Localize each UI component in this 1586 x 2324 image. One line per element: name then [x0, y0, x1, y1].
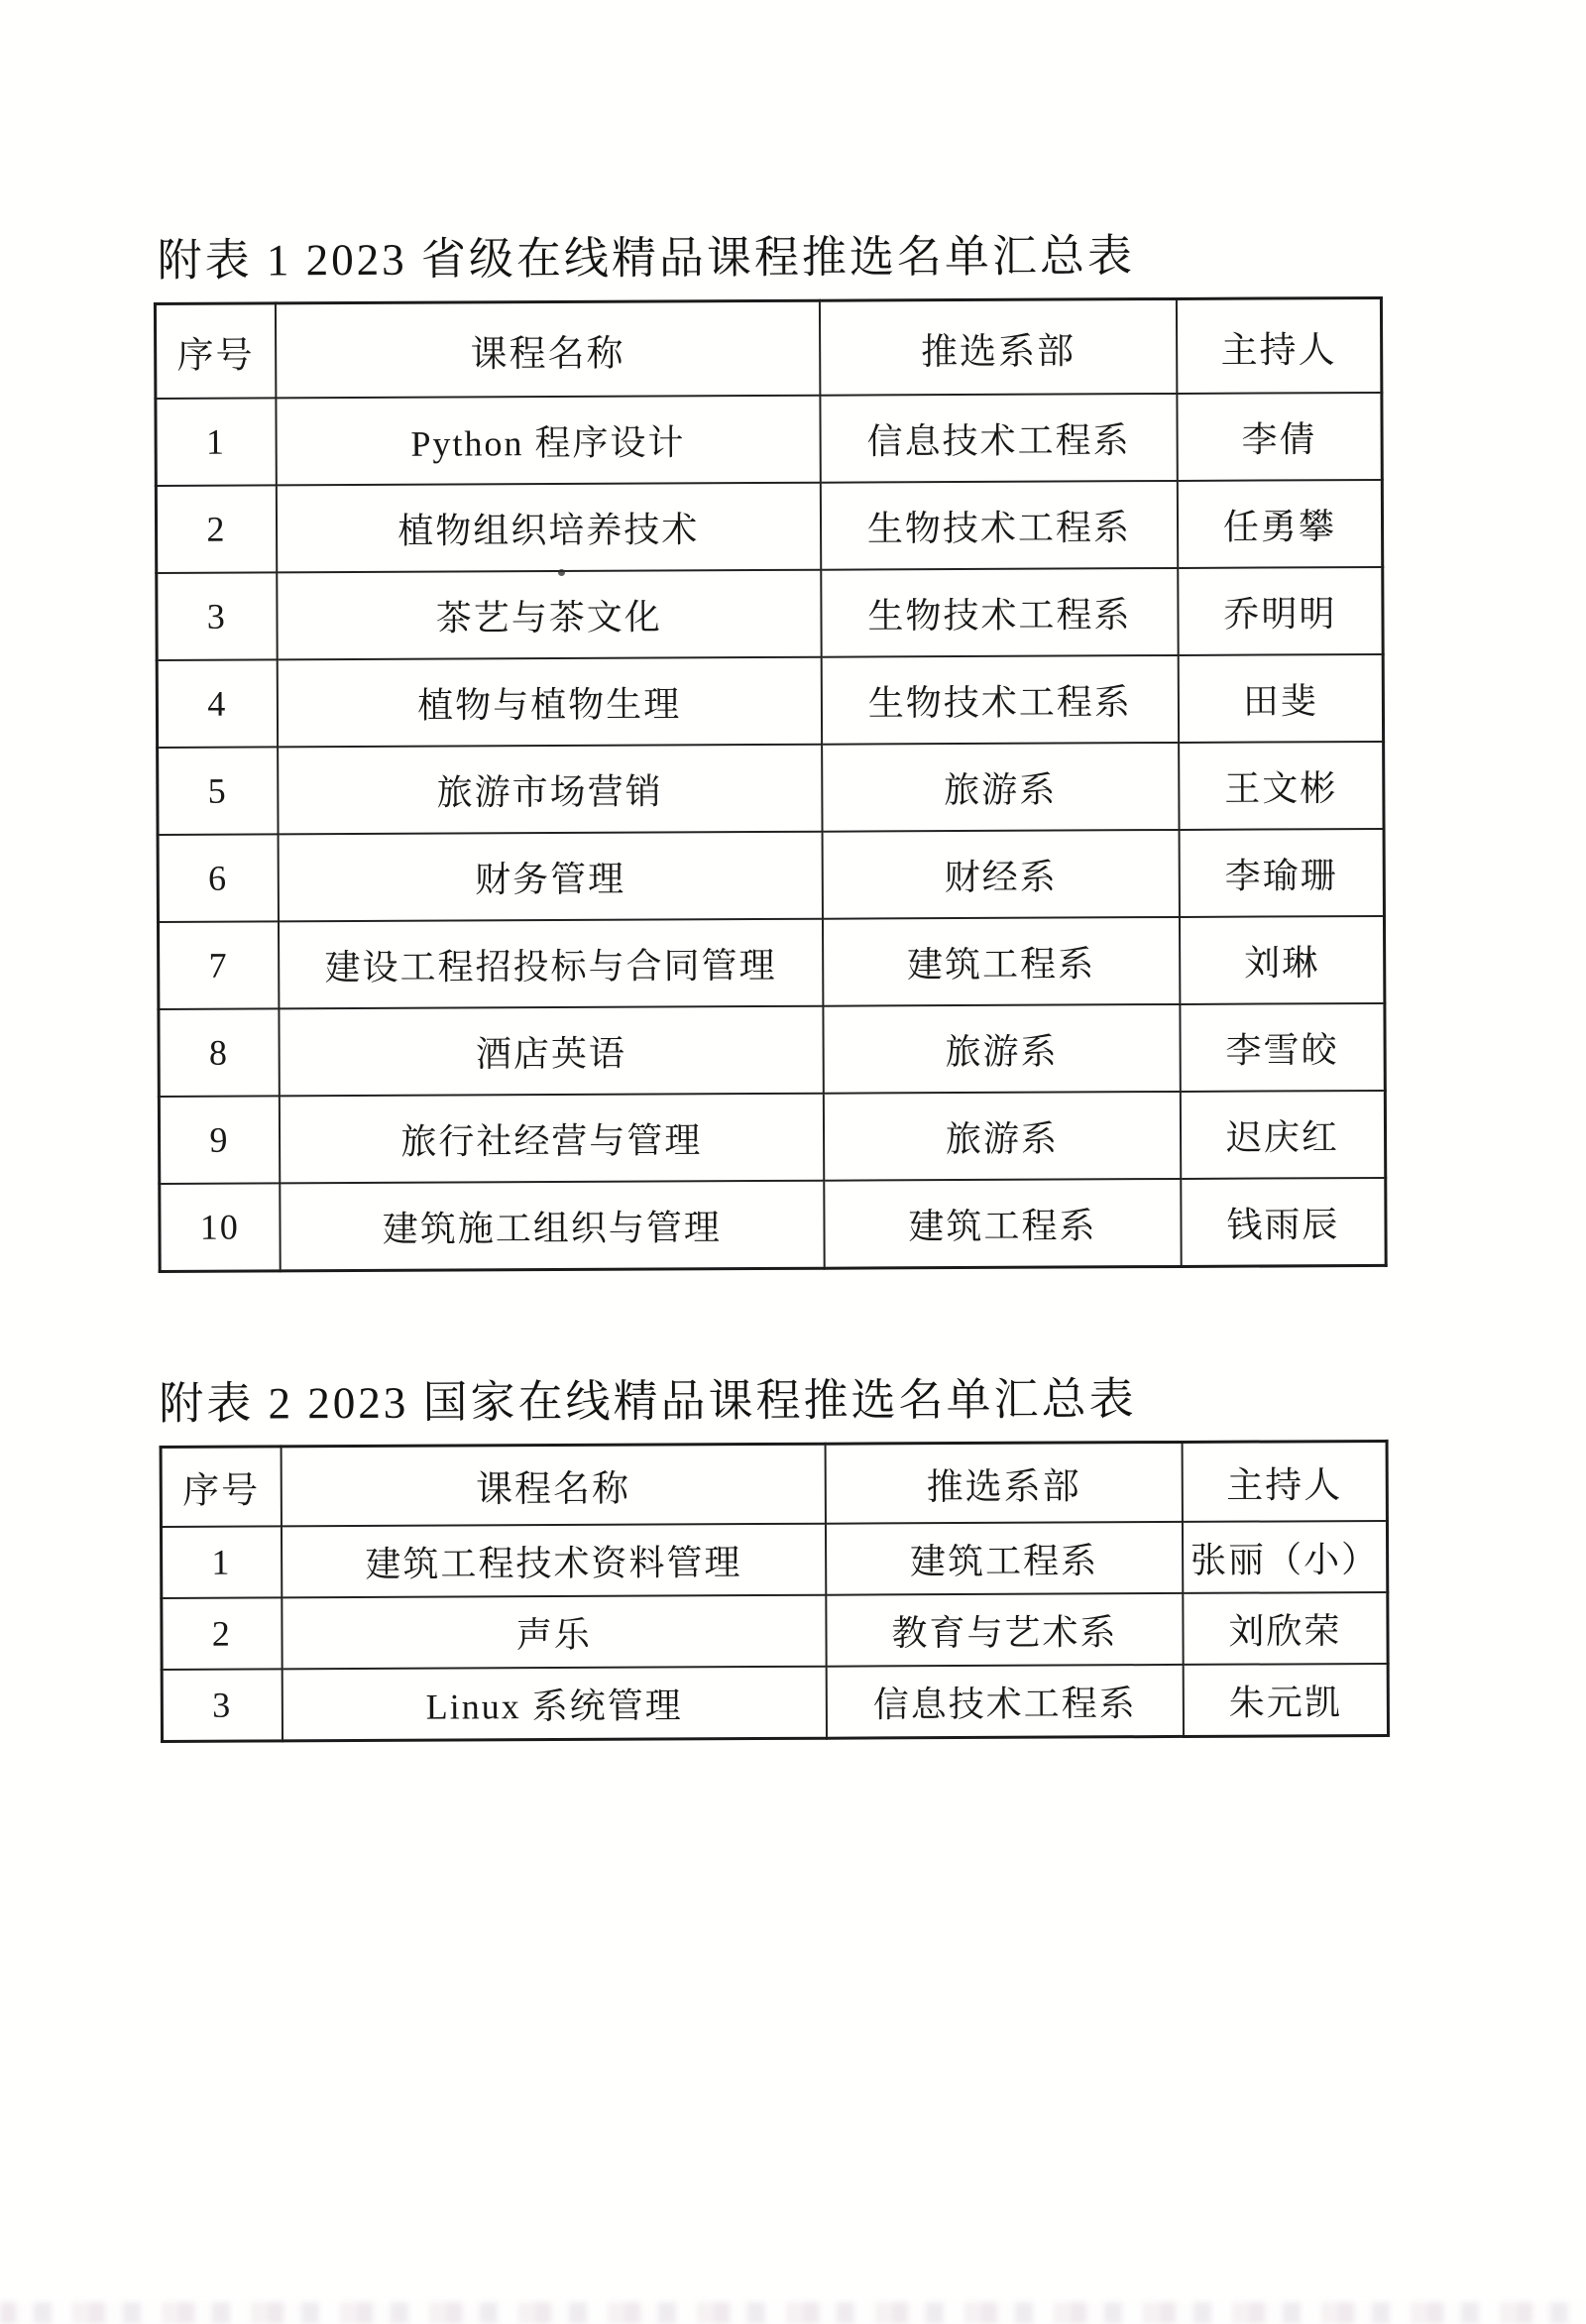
table1-title: 附表 1 2023 省级在线精品课程推选名单汇总表 — [158, 227, 1383, 289]
table-row: 5旅游市场营销旅游系王文彬 — [158, 742, 1384, 835]
course-name-cell: 建筑工程技术资料管理 — [282, 1524, 827, 1598]
serial-cell: 3 — [162, 1669, 283, 1741]
host-cell: 王文彬 — [1179, 742, 1384, 830]
department-cell: 建筑工程系 — [823, 917, 1180, 1006]
serial-cell: 7 — [158, 921, 279, 1009]
host-cell: 刘欣荣 — [1183, 1592, 1388, 1665]
column-header: 序号 — [155, 303, 276, 399]
host-cell: 张丽（小） — [1183, 1521, 1388, 1593]
department-cell: 信息技术工程系 — [827, 1665, 1184, 1738]
table-row: 8酒店英语旅游系李雪皎 — [159, 1003, 1385, 1097]
serial-cell: 2 — [156, 485, 277, 573]
table-row: 1建筑工程技术资料管理建筑工程系张丽（小） — [161, 1521, 1387, 1598]
column-header: 推选系部 — [820, 298, 1177, 395]
host-cell: 朱元凯 — [1184, 1664, 1389, 1737]
table-row: 10建筑施工组织与管理建筑工程系钱雨辰 — [160, 1178, 1386, 1272]
department-cell: 生物技术工程系 — [822, 655, 1179, 745]
host-cell: 李倩 — [1177, 393, 1382, 481]
serial-cell: 1 — [161, 1526, 282, 1598]
serial-cell: 8 — [159, 1008, 280, 1097]
course-name-cell: 茶艺与茶文化 — [277, 570, 822, 660]
department-cell: 旅游系 — [823, 1004, 1180, 1094]
table-row: 4植物与植物生理生物技术工程系田斐 — [157, 654, 1383, 748]
department-cell: 生物技术工程系 — [821, 481, 1178, 570]
scanned-page: 附表 1 2023 省级在线精品课程推选名单汇总表 序号课程名称推选系部主持人 … — [0, 0, 1586, 2324]
table-row: 2声乐教育与艺术系刘欣荣 — [162, 1592, 1388, 1670]
serial-cell: 2 — [162, 1597, 283, 1670]
table-row: 3Linux 系统管理信息技术工程系朱元凯 — [162, 1664, 1388, 1742]
scan-edge-noise — [0, 2302, 1586, 2324]
host-cell: 乔明明 — [1178, 567, 1383, 655]
host-cell: 李雪皎 — [1180, 1003, 1385, 1092]
course-name-cell: Linux 系统管理 — [282, 1667, 827, 1741]
host-cell: 刘琳 — [1180, 916, 1385, 1004]
table-row: 6财务管理财经系李瑜珊 — [158, 829, 1384, 922]
department-cell: 旅游系 — [822, 743, 1179, 832]
table-row: 2植物组织培养技术生物技术工程系任勇攀 — [156, 480, 1382, 573]
host-cell: 迟庆红 — [1181, 1091, 1386, 1179]
serial-cell: 10 — [160, 1183, 281, 1271]
department-cell: 旅游系 — [824, 1092, 1181, 1181]
course-name-cell: Python 程序设计 — [276, 396, 821, 486]
course-name-cell: 建设工程招投标与合同管理 — [279, 919, 824, 1009]
column-header: 序号 — [161, 1447, 282, 1527]
course-name-cell: 植物组织培养技术 — [277, 483, 822, 573]
serial-cell: 3 — [157, 572, 278, 660]
column-header: 主持人 — [1182, 1441, 1387, 1522]
serial-cell: 9 — [159, 1096, 280, 1184]
provincial-courses-table: 序号课程名称推选系部主持人 1Python 程序设计信息技术工程系李倩2植物组织… — [154, 296, 1388, 1273]
serial-cell: 1 — [156, 398, 277, 486]
department-cell: 财经系 — [822, 830, 1179, 919]
host-cell: 任勇攀 — [1178, 480, 1383, 568]
department-cell: 教育与艺术系 — [826, 1593, 1183, 1667]
table-row: 9旅行社经营与管理旅游系迟庆红 — [159, 1091, 1385, 1184]
column-header: 推选系部 — [825, 1442, 1182, 1523]
column-header: 主持人 — [1177, 297, 1382, 394]
host-cell: 李瑜珊 — [1179, 829, 1384, 917]
column-header: 课程名称 — [281, 1444, 826, 1526]
serial-cell: 6 — [158, 834, 279, 922]
national-courses-table: 序号课程名称推选系部主持人 1建筑工程技术资料管理建筑工程系张丽（小）2声乐教育… — [160, 1440, 1390, 1743]
department-cell: 建筑工程系 — [824, 1179, 1181, 1268]
course-name-cell: 植物与植物生理 — [277, 657, 822, 748]
course-name-cell: 旅行社经营与管理 — [280, 1094, 825, 1184]
course-name-cell: 建筑施工组织与管理 — [280, 1181, 825, 1271]
course-name-cell: 声乐 — [282, 1595, 827, 1670]
table2-title: 附表 2 2023 国家在线精品课程推选名单汇总表 — [159, 1370, 1388, 1432]
table-row: 3茶艺与茶文化生物技术工程系乔明明 — [157, 567, 1383, 660]
table-row: 7建设工程招投标与合同管理建筑工程系刘琳 — [158, 916, 1384, 1009]
table-header-row: 序号课程名称推选系部主持人 — [155, 297, 1381, 399]
course-name-cell: 酒店英语 — [279, 1006, 824, 1097]
table-header-row: 序号课程名称推选系部主持人 — [161, 1441, 1387, 1527]
host-cell: 田斐 — [1179, 654, 1384, 743]
course-name-cell: 旅游市场营销 — [278, 745, 823, 835]
column-header: 课程名称 — [276, 300, 821, 398]
department-cell: 信息技术工程系 — [820, 394, 1177, 483]
department-cell: 建筑工程系 — [826, 1522, 1183, 1595]
host-cell: 钱雨辰 — [1181, 1178, 1386, 1267]
table-row: 1Python 程序设计信息技术工程系李倩 — [156, 393, 1382, 486]
scan-artifact-dot — [558, 569, 565, 576]
department-cell: 生物技术工程系 — [821, 568, 1178, 657]
course-name-cell: 财务管理 — [278, 832, 823, 922]
serial-cell: 4 — [157, 659, 278, 748]
page-content: 附表 1 2023 省级在线精品课程推选名单汇总表 序号课程名称推选系部主持人 … — [152, 0, 1390, 1743]
serial-cell: 5 — [158, 747, 279, 835]
